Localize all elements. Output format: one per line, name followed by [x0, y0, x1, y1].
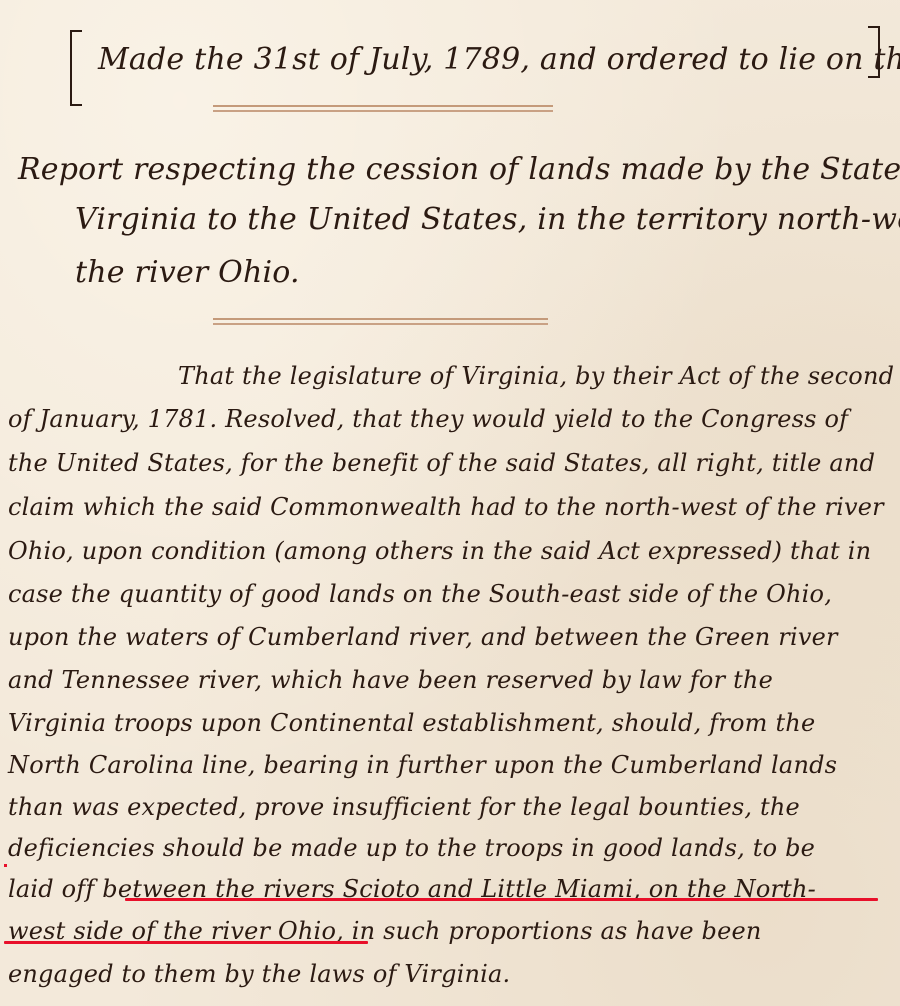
body-line-10: North Carolina line, bearing in further … [8, 751, 837, 779]
body-line-1: That the legislature of Virginia, by the… [178, 362, 894, 390]
note-text: Made the 31st of July, 1789, and ordered… [98, 42, 900, 77]
body-line-12: deficiencies should be made up to the tr… [8, 834, 815, 862]
highlight-underline-2 [4, 941, 368, 944]
note-bracketed: Made the 31st of July, 1789, and ordered… [70, 30, 880, 102]
title-line-1: Report respecting the cession of lands m… [18, 152, 900, 187]
body-line-11: than was expected, prove insufficient fo… [8, 793, 800, 821]
decorative-rule-top [213, 105, 553, 107]
left-bracket [70, 30, 82, 106]
manuscript-page: Made the 31st of July, 1789, and ordered… [0, 0, 900, 1006]
body-line-5: Ohio, upon condition (among others in th… [8, 537, 871, 565]
body-line-9: Virginia troops upon Continental establi… [8, 709, 815, 737]
decorative-rule-middle [213, 318, 548, 320]
body-line-2: of January, 1781. Resolved, that they wo… [8, 405, 848, 433]
body-line-4: claim which the said Commonwealth had to… [8, 493, 884, 521]
body-line-15: engaged to them by the laws of Virginia. [8, 960, 510, 988]
body-line-8: and Tennessee river, which have been res… [8, 666, 773, 694]
highlight-underline-1 [125, 898, 878, 901]
body-line-6: case the quantity of good lands on the S… [8, 580, 832, 608]
title-line-3: the river Ohio. [75, 255, 300, 290]
red-mark [4, 864, 7, 867]
body-line-3: the United States, for the benefit of th… [8, 449, 875, 477]
body-line-7: upon the waters of Cumberland river, and… [8, 623, 838, 651]
title-line-2: Virginia to the United States, in the te… [75, 202, 900, 237]
